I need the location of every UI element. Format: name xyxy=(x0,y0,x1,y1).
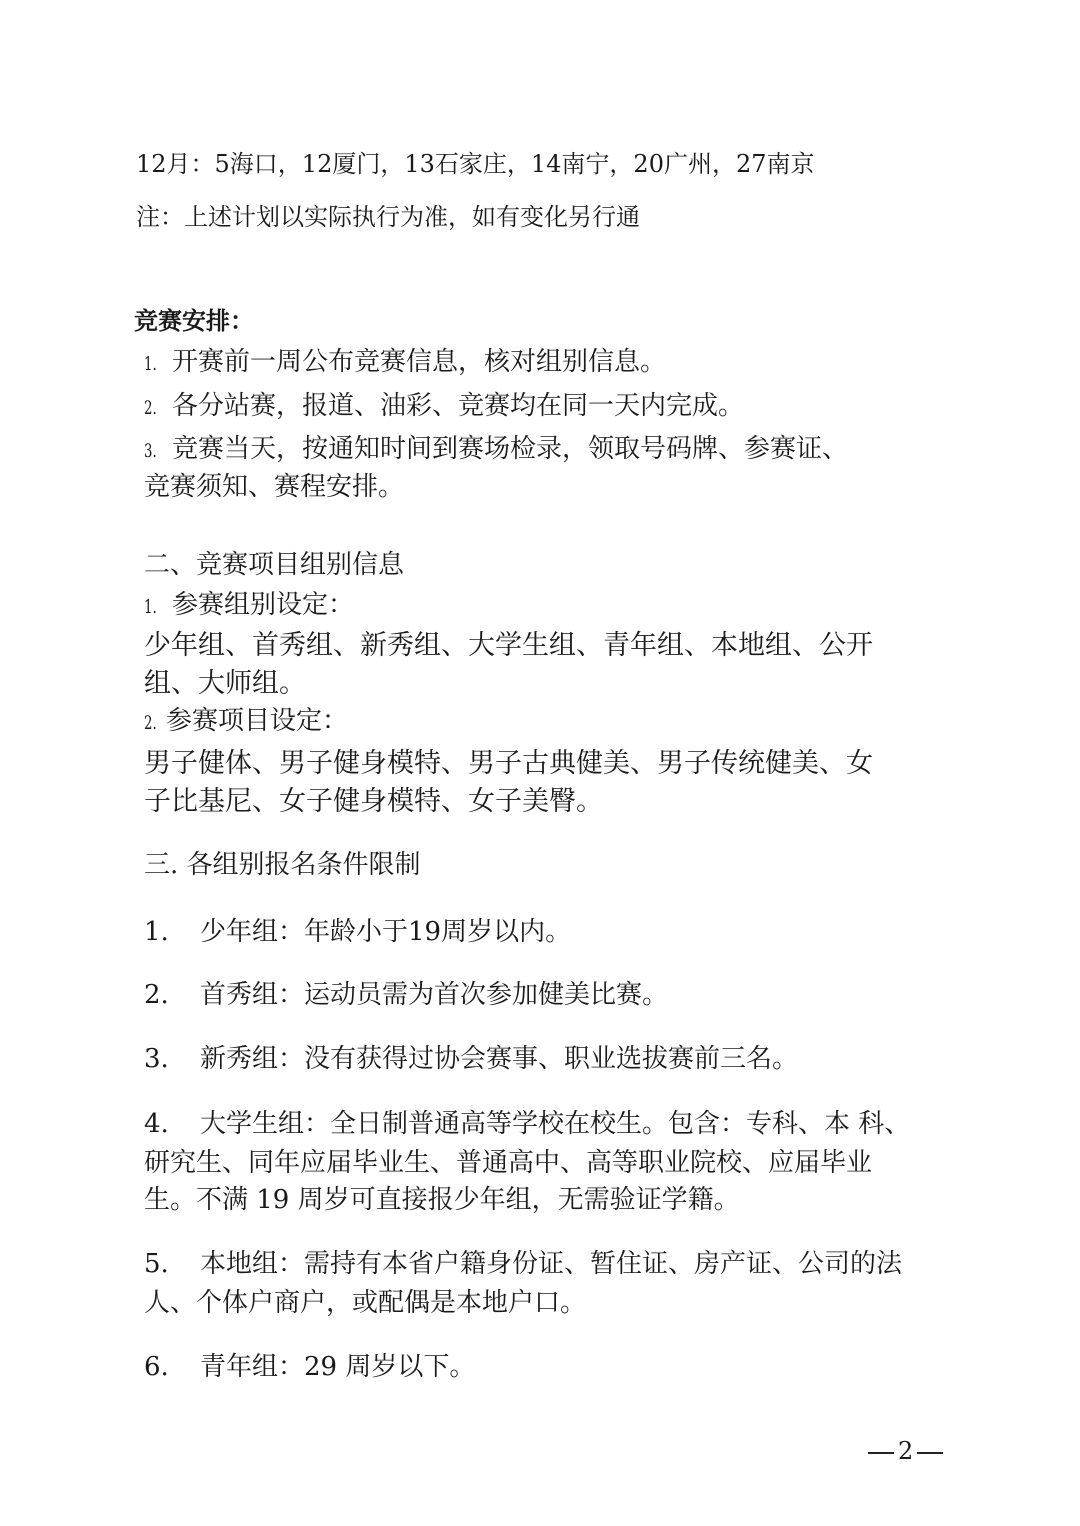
arrangement-item-3-continuation: 竞赛须知、赛程安排。 xyxy=(144,474,404,500)
page-number-value: 2 xyxy=(898,1437,913,1465)
item-number: 6. xyxy=(144,1354,200,1380)
item-number: 2. xyxy=(144,714,157,733)
events-list-line-2: 子比基尼、女子健身模特、女子美臀。 xyxy=(144,788,603,815)
page-number: 2 xyxy=(864,1437,947,1465)
condition-item-3: 3.新秀组：没有获得过协会赛事、职业选拔赛前三名。 xyxy=(144,1046,798,1072)
item-text: 青年组：29 周岁以下。 xyxy=(200,1352,475,1382)
groups-label: 参赛组别设定： xyxy=(172,590,354,620)
condition-item-6: 6.青年组：29 周岁以下。 xyxy=(144,1354,475,1380)
arrangement-item-3: 3.竞赛当天，按通知时间到赛场检录，领取号码牌、参赛证、 xyxy=(144,436,848,462)
item-number: 2. xyxy=(144,982,200,1008)
item-text: 大学生组：全日制普通高等学校在校生。包含：专科、本 科、 xyxy=(200,1109,910,1139)
schedule-note: 注：上述计划以实际执行为准，如有变化另行通 xyxy=(136,205,640,229)
groups-label-line: 1.参赛组别设定： xyxy=(144,592,354,618)
events-label: 参赛项目设定： xyxy=(166,706,348,736)
events-list-line-1: 男子健体、男子健身模特、男子古典健美、男子传统健美、女 xyxy=(144,750,873,777)
section-two-heading: 二、竞赛项目组别信息 xyxy=(144,552,404,578)
condition-item-2: 2.首秀组：运动员需为首次参加健美比赛。 xyxy=(144,982,668,1008)
item-text: 各分站赛，报道、油彩、竞赛均在同一天内完成。 xyxy=(172,391,744,421)
groups-list-line-1: 少年组、首秀组、新秀组、大学生组、青年组、本地组、公开 xyxy=(144,632,873,659)
item-number: 2. xyxy=(144,399,157,418)
condition-item-4: 4.大学生组：全日制普通高等学校在校生。包含：专科、本 科、 xyxy=(144,1111,910,1137)
item-number: 4. xyxy=(144,1111,200,1137)
item-text: 首秀组：运动员需为首次参加健美比赛。 xyxy=(200,980,668,1010)
item-text: 新秀组：没有获得过协会赛事、职业选拔赛前三名。 xyxy=(200,1044,798,1074)
condition-item-4-line-3: 生。不满 19 周岁可直接报少年组，无需验证学籍。 xyxy=(144,1187,740,1213)
item-number: 1. xyxy=(144,598,157,617)
condition-item-1: 1.少年组：年龄小于19周岁以内。 xyxy=(144,919,571,945)
events-label-line: 2.参赛项目设定： xyxy=(144,708,348,734)
item-number: 1. xyxy=(144,355,157,374)
condition-item-4-line-2: 研究生、同年应届毕业生、普通高中、高等职业院校、应届毕业 xyxy=(144,1150,872,1176)
schedule-december: 12月：5海口，12厦门，13石家庄，14南宁，20广州，27南京 xyxy=(136,152,815,176)
item-text: 竞赛当天，按通知时间到赛场检录，领取号码牌、参赛证、 xyxy=(172,434,848,464)
item-text: 少年组：年龄小于19周岁以内。 xyxy=(200,917,571,947)
arrangement-heading: 竞赛安排： xyxy=(134,309,254,333)
item-text: 开赛前一周公布竞赛信息，核对组别信息。 xyxy=(172,347,666,377)
item-number: 3. xyxy=(144,442,157,461)
section-three-heading: 三. 各组别报名条件限制 xyxy=(144,852,421,878)
condition-item-5-line-2: 人、个体户商户，或配偶是本地户口。 xyxy=(144,1290,586,1316)
item-number: 5. xyxy=(144,1251,200,1277)
dash-right xyxy=(917,1452,943,1454)
dash-left xyxy=(868,1452,894,1454)
item-text: 本地组：需持有本省户籍身份证、暂住证、房产证、公司的法 xyxy=(200,1249,902,1279)
arrangement-item-2: 2.各分站赛，报道、油彩、竞赛均在同一天内完成。 xyxy=(144,393,744,419)
item-number: 3. xyxy=(144,1046,200,1072)
arrangement-item-1: 1.开赛前一周公布竞赛信息，核对组别信息。 xyxy=(144,349,666,375)
condition-item-5: 5.本地组：需持有本省户籍身份证、暂住证、房产证、公司的法 xyxy=(144,1251,902,1277)
item-number: 1. xyxy=(144,919,200,945)
groups-list-line-2: 组、大师组。 xyxy=(144,670,306,697)
